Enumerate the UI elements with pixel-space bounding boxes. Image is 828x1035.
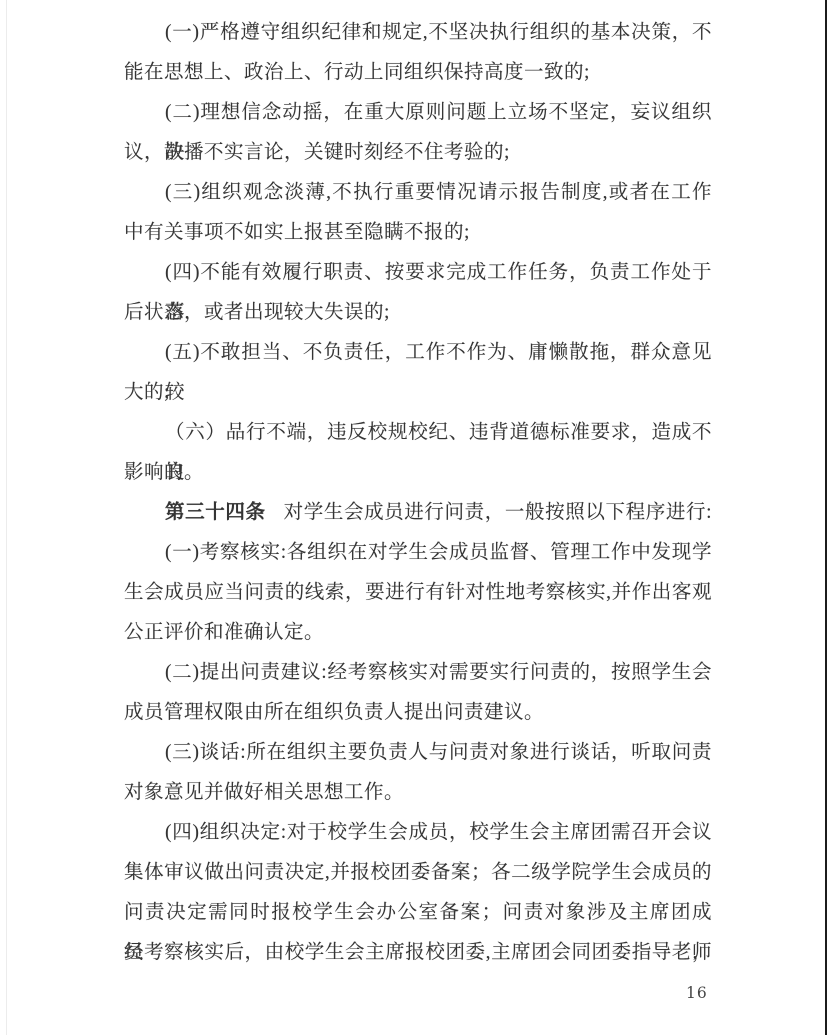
text-block: (一)严格遵守组织纪律和规定,不坚决执行组织的基本决策，不能在思想上、政治上、行… [124, 13, 712, 973]
text-line: 后状态，或者出现较大失误的; [124, 293, 712, 333]
text-line: 公正评价和准确认定。 [124, 613, 712, 653]
text-line: 第三十四条对学生会成员进行问责，一般按照以下程序进行: [124, 493, 712, 533]
text-line: (四)不能有效履行职责、按要求完成工作任务，负责工作处于落 [124, 253, 712, 293]
line-text: (三)组织观念淡薄,不执行重要情况请示报告制度,或者在工作 [165, 182, 712, 203]
line-text: (四)组织决定:对于校学生会成员，校学生会主席团需召开会议 [165, 822, 712, 843]
line-text: 成员管理权限由所在组织负责人提出问责建议。 [124, 702, 544, 723]
line-text: 后状态，或者出现较大失误的; [124, 302, 390, 323]
line-text: 对学生会成员进行问责，一般按照以下程序进行: [284, 502, 712, 523]
text-line: (一)考察核实:各组织在对学生会成员监督、管理工作中发现学 [124, 533, 712, 573]
line-text: 集体审议做出问责决定,并报校团委备案；各二级学院学生会成员的 [124, 862, 712, 883]
text-line: 生会成员应当问责的线索，要进行有针对性地考察核实,并作出客观 [124, 573, 712, 613]
text-line: 大的; [124, 373, 712, 413]
line-text: 对象意见并做好相关思想工作。 [124, 782, 404, 803]
text-line: (五)不敢担当、不负责任，工作不作为、庸懒散拖，群众意见较 [124, 333, 712, 373]
text-line: (四)组织决定:对于校学生会成员，校学生会主席团需召开会议 [124, 813, 712, 853]
page-edge-right [825, 0, 827, 1035]
text-line: (三)谈话:所在组织主要负责人与问责对象进行谈话，听取问责 [124, 733, 712, 773]
text-line: 能在思想上、政治上、行动上同组织保持高度一致的; [124, 53, 712, 93]
page-edge-left [6, 0, 7, 1035]
text-line: (三)组织观念淡薄,不执行重要情况请示报告制度,或者在工作 [124, 173, 712, 213]
line-text: 大的; [124, 382, 170, 403]
text-line: 议，散播不实言论，关键时刻经不住考验的; [124, 133, 712, 173]
text-line: （六）品行不端，违反校规校纪、违背道德标准要求，造成不良 [124, 413, 712, 453]
text-line: 集体审议做出问责决定,并报校团委备案；各二级学院学生会成员的 [124, 853, 712, 893]
article-heading-bold: 第三十四条 [165, 502, 266, 523]
document-page: (一)严格遵守组织纪律和规定,不坚决执行组织的基本决策，不能在思想上、政治上、行… [0, 0, 828, 1035]
line-text: (二)提出问责建议:经考察核实对需要实行问责的，按照学生会 [165, 662, 712, 683]
text-line: (一)严格遵守组织纪律和规定,不坚决执行组织的基本决策，不 [124, 13, 712, 53]
line-text: 议，散播不实言论，关键时刻经不住考验的; [124, 142, 510, 163]
line-text: (三)谈话:所在组织主要负责人与问责对象进行谈话，听取问责 [165, 742, 712, 763]
text-line: 中有关事项不如实上报甚至隐瞒不报的; [124, 213, 712, 253]
text-line: 影响的。 [124, 453, 712, 493]
line-text: 公正评价和准确认定。 [124, 622, 324, 643]
text-line: (二)理想信念动摇，在重大原则问题上立场不坚定，妄议组织决 [124, 93, 712, 133]
page-number: 16 [686, 984, 708, 1002]
text-line: 问责决定需同时报校学生会办公室备案；问责对象涉及主席团成员， [124, 893, 712, 933]
text-line: 经考察核实后，由校学生会主席报校团委,主席团会同团委指导老师 [124, 933, 712, 973]
line-text: 中有关事项不如实上报甚至隐瞒不报的; [124, 222, 470, 243]
line-text: 影响的。 [124, 462, 204, 483]
line-text: 经考察核实后，由校学生会主席报校团委,主席团会同团委指导老师 [124, 942, 712, 963]
text-line: (二)提出问责建议:经考察核实对需要实行问责的，按照学生会 [124, 653, 712, 693]
line-text: (一)考察核实:各组织在对学生会成员监督、管理工作中发现学 [165, 542, 712, 563]
line-text: 生会成员应当问责的线索，要进行有针对性地考察核实,并作出客观 [124, 582, 712, 603]
text-line: 对象意见并做好相关思想工作。 [124, 773, 712, 813]
text-line: 成员管理权限由所在组织负责人提出问责建议。 [124, 693, 712, 733]
line-text: 能在思想上、政治上、行动上同组织保持高度一致的; [124, 62, 590, 83]
line-text: (一)严格遵守组织纪律和规定,不坚决执行组织的基本决策，不 [165, 22, 712, 43]
